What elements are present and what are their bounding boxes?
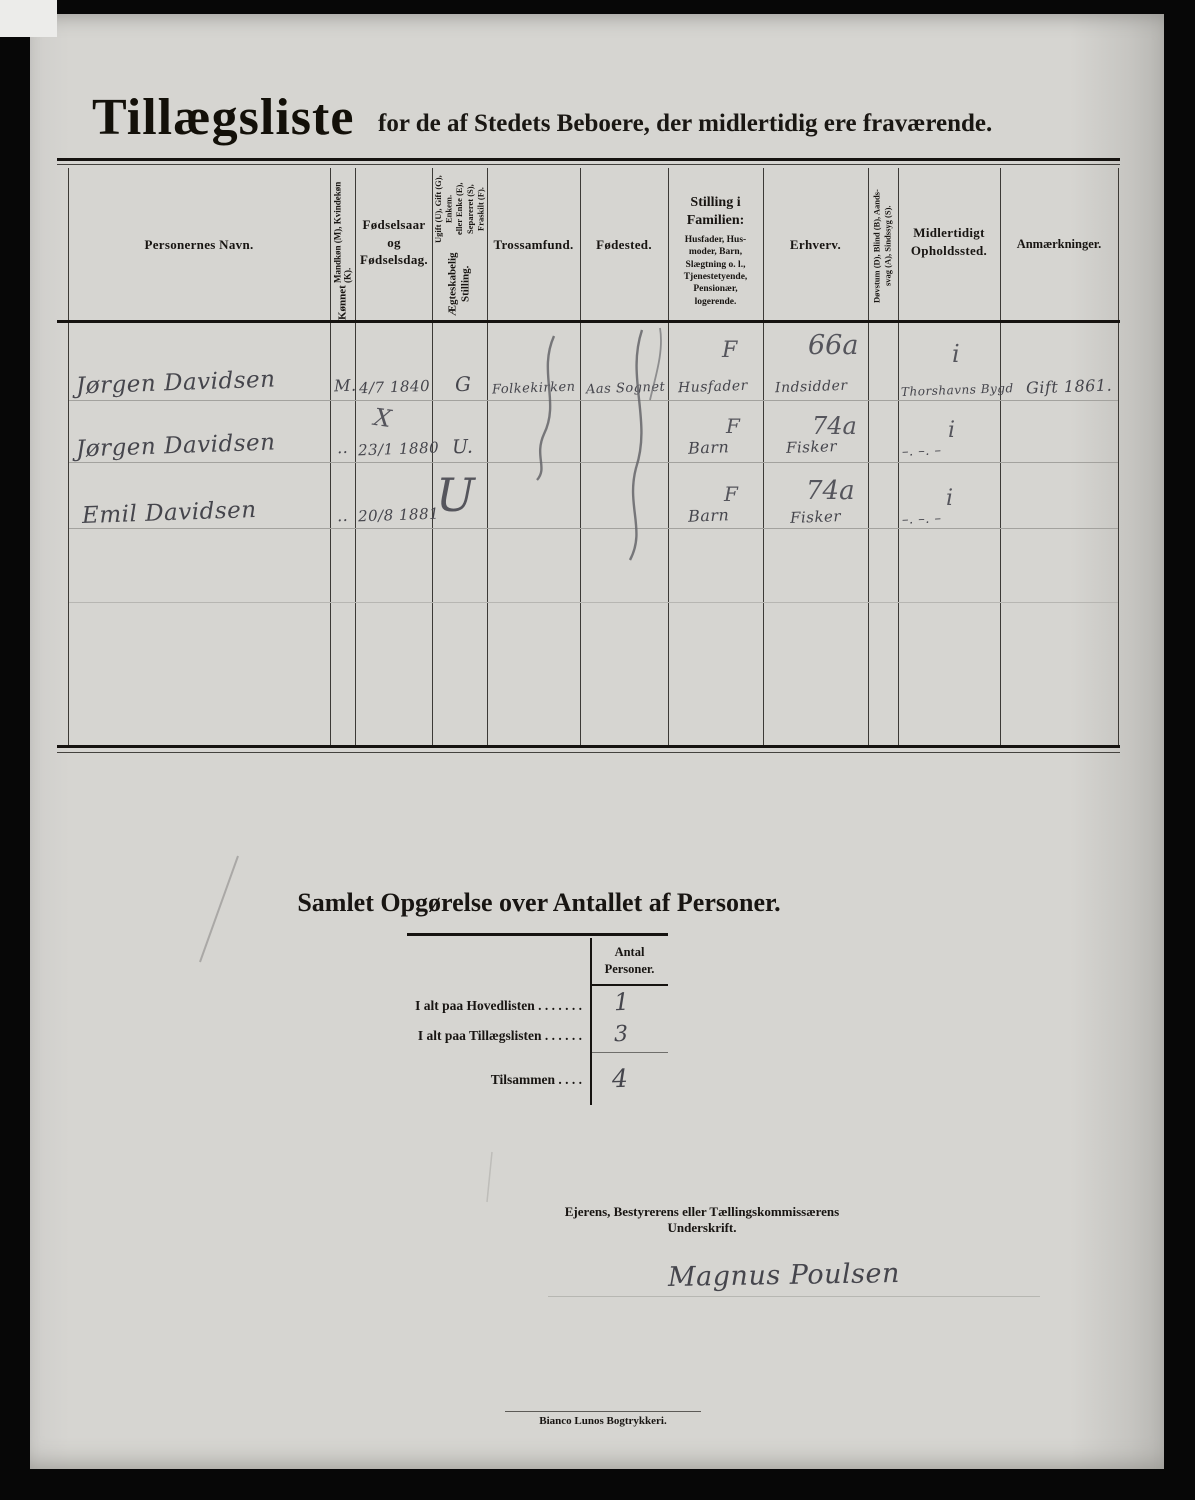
summary-col-header-underline [592,984,668,986]
ditto-curve-religion [537,336,554,480]
summary-label-hovedlisten: I alt paa Hovedlisten . . . . . . . [397,998,582,1014]
margin-stroke-summary [200,856,238,962]
ditto-curve-birthplace [630,330,642,560]
summary-title: Samlet Opgørelse over Antallet af Person… [296,888,782,918]
summary-label-tilsammen: Tilsammen . . . . [397,1072,582,1088]
signature-name: Magnus Poulsen [668,1258,900,1293]
scanned-census-form: Tillægsliste for de af Stedets Beboere, … [0,0,1195,1500]
signature-label: Ejerens, Bestyrerens eller Tællingskommi… [537,1204,867,1236]
printer-credit: Bianco Lunos Bogtrykkeri. [495,1415,711,1427]
stray-stroke-row1 [650,328,661,400]
signature-line [548,1296,1040,1297]
printer-rule [505,1411,701,1412]
faint-stroke-lower [487,1152,492,1202]
summary-subtotal-line [592,1052,668,1053]
summary-rule-top [407,933,668,936]
summary-value-hovedlisten: 1 [614,988,631,1017]
summary-value-tilsammen: 4 [611,1064,628,1094]
summary-col-header: Antal Personer. [591,944,668,978]
pencil-stroke-overlay [0,0,1195,1500]
summary-value-tillaegslisten: 3 [614,1022,629,1047]
summary-label-tillaegslisten: I alt paa Tillægslisten . . . . . . [397,1028,582,1044]
